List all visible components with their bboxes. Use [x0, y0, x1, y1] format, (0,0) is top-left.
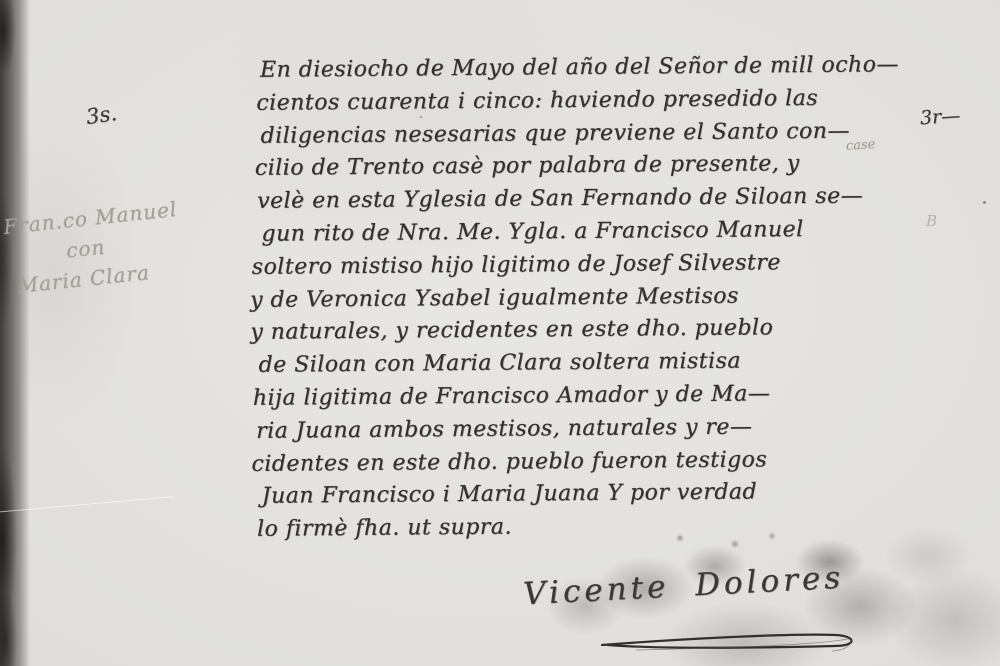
record-line: velè en esta Yglesia de San Fernando de …	[257, 180, 909, 218]
rubric-flourish-icon	[596, 624, 864, 658]
folio-number-right: 3r—	[919, 105, 961, 130]
record-line: En diesiocho de Mayo del año del Señor d…	[260, 49, 908, 87]
signature-rubric-flourish	[596, 624, 864, 662]
dust-speck	[420, 116, 422, 118]
record-line: cientos cuarenta i cinco: haviendo prese…	[256, 82, 908, 120]
dust-speck	[983, 201, 986, 204]
folio-number-left: 3s.	[84, 101, 118, 129]
record-line: diligencias nesesarias que previene el S…	[260, 115, 908, 153]
interlinear-correction: case	[846, 137, 876, 154]
scanned-manuscript-page: 3s. 3r— B Fran.co Manuel con Maria Clara…	[0, 0, 1000, 666]
margin-note-names: Fran.co Manuel con Maria Clara	[2, 188, 240, 302]
binding-edge-shadow	[0, 0, 30, 666]
record-text-block: En diesiocho de Mayo del año del Señor d…	[248, 49, 912, 547]
faint-letter-mark: B	[926, 212, 937, 230]
